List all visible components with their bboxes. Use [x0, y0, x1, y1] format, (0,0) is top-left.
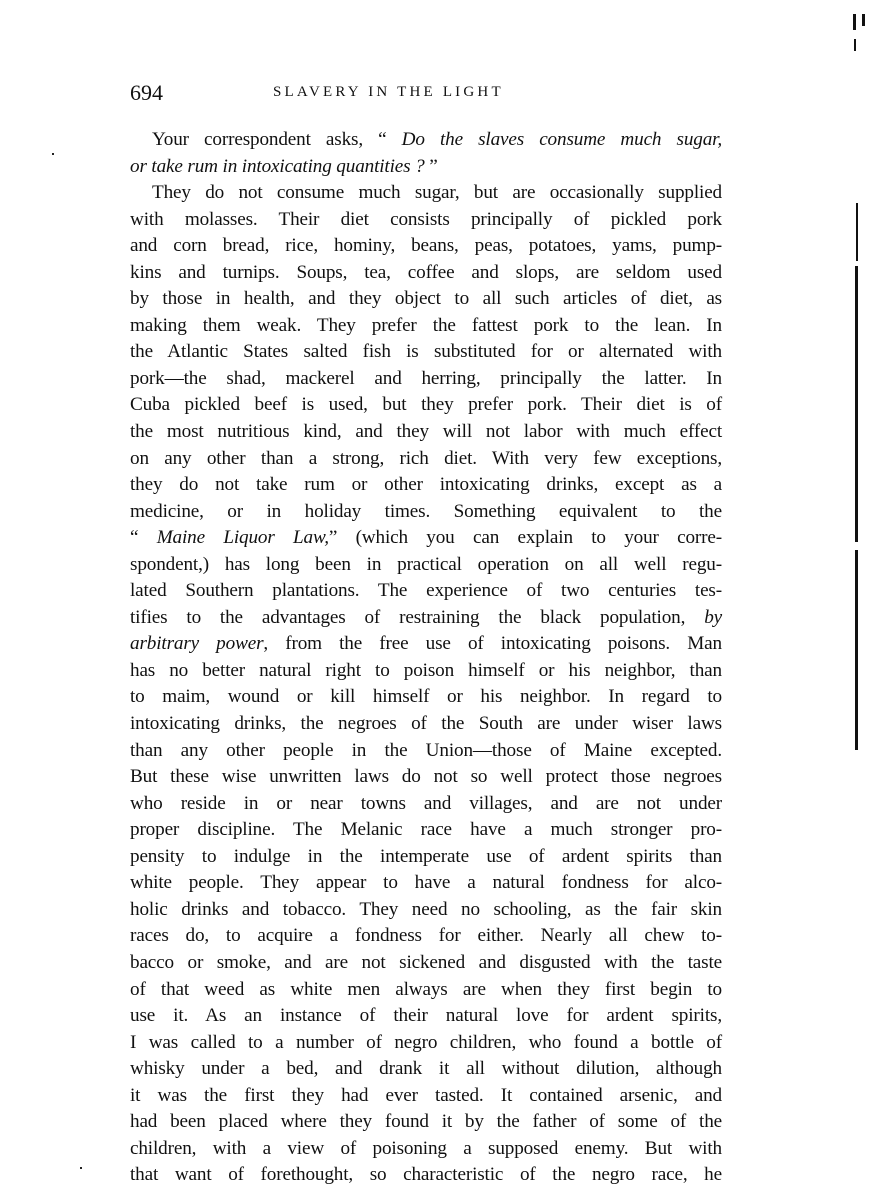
text-segment: proper discipline. The Melanic race have… — [130, 819, 722, 840]
text-line: pork—the shad, mackerel and herring, pri… — [130, 366, 722, 393]
text-segment: who reside in or near towns and villages… — [130, 793, 722, 814]
text-segment: holic drinks and tobacco. They need no s… — [130, 899, 722, 920]
text-line: the most nutritious kind, and they will … — [130, 419, 722, 446]
italic-text: Maine Liquor Law, — [157, 527, 329, 548]
text-line: has no better natural right to poison hi… — [130, 658, 722, 685]
text-segment: they do not take rum or other intoxicati… — [130, 474, 722, 495]
text-segment: on any other than a strong, rich diet. W… — [130, 448, 722, 469]
text-segment: I was called to a number of negro childr… — [130, 1032, 722, 1053]
text-segment: tifies to the advantages of restraining … — [130, 607, 704, 628]
text-segment: whisky under a bed, and drank it all wit… — [130, 1058, 722, 1079]
text-segment: had been placed where they found it by t… — [130, 1111, 722, 1132]
text-line: races do, to acquire a fondness for eith… — [130, 923, 722, 950]
text-segment: children, with a view of poisoning a sup… — [130, 1138, 722, 1159]
running-title: SLAVERY IN THE LIGHT — [273, 84, 504, 101]
text-line: on any other than a strong, rich diet. W… — [130, 446, 722, 473]
text-segment: with molasses. Their diet consists princ… — [130, 209, 722, 230]
text-line: of that weed as white men always are whe… — [130, 977, 722, 1004]
text-line: making them weak. They prefer the fattes… — [130, 313, 722, 340]
text-line: I was called to a number of negro childr… — [130, 1030, 722, 1057]
text-line: or take rum in intoxicating quantities ?… — [130, 154, 722, 181]
text-segment: the most nutritious kind, and they will … — [130, 421, 722, 442]
text-segment: intoxicating drinks, the negroes of the … — [130, 713, 722, 734]
text-line: spondent,) has long been in practical op… — [130, 552, 722, 579]
text-line: it was the first they had ever tasted. I… — [130, 1083, 722, 1110]
text-segment: of that weed as white men always are whe… — [130, 979, 722, 1000]
text-line: “ Maine Liquor Law,” (which you can expl… — [130, 525, 722, 552]
text-line: children, with a view of poisoning a sup… — [130, 1136, 722, 1163]
text-segment: ” — [425, 156, 438, 177]
page-header: 694 SLAVERY IN THE LIGHT — [130, 80, 730, 110]
text-segment: , from the free use of intoxicating pois… — [263, 633, 722, 654]
text-segment: medicine, or in holiday times. Something… — [130, 501, 722, 522]
text-line: medicine, or in holiday times. Something… — [130, 499, 722, 526]
text-line: had been placed where they found it by t… — [130, 1109, 722, 1136]
text-line: bacco or smoke, and are not sickened and… — [130, 950, 722, 977]
text-line: whisky under a bed, and drank it all wit… — [130, 1056, 722, 1083]
text-segment: pork—the shad, mackerel and herring, pri… — [130, 368, 722, 389]
text-line: proper discipline. The Melanic race have… — [130, 817, 722, 844]
text-segment: that want of forethought, so characteris… — [130, 1164, 722, 1185]
text-line: tifies to the advantages of restraining … — [130, 605, 722, 632]
page-number: 694 — [130, 80, 163, 106]
margin-mark — [862, 14, 865, 26]
text-line: holic drinks and tobacco. They need no s… — [130, 897, 722, 924]
italic-text: arbitrary power — [130, 633, 263, 654]
text-segment: by those in health, and they object to a… — [130, 288, 722, 309]
text-segment: lated Southern plantations. The experien… — [130, 580, 722, 601]
text-line: pensity to indulge in the intemperate us… — [130, 844, 722, 871]
italic-text: Do the slaves consume much sugar, — [402, 129, 722, 150]
text-segment: Cuba pickled beef is used, but they pref… — [130, 394, 722, 415]
text-line: They do not consume much sugar, but are … — [130, 180, 722, 207]
italic-text: or take rum in intoxicating quantities ? — [130, 156, 425, 177]
text-segment: spondent,) has long been in practical op… — [130, 554, 722, 575]
text-segment: ” (which you can explain to your corre- — [329, 527, 722, 548]
text-line: by those in health, and they object to a… — [130, 286, 722, 313]
text-segment: to maim, wound or kill himself or his ne… — [130, 686, 722, 707]
margin-mark — [855, 550, 858, 750]
text-line: arbitrary power, from the free use of in… — [130, 631, 722, 658]
text-line: and corn bread, rice, hominy, beans, pea… — [130, 233, 722, 260]
text-line: with molasses. Their diet consists princ… — [130, 207, 722, 234]
text-line: to maim, wound or kill himself or his ne… — [130, 684, 722, 711]
margin-mark — [854, 39, 856, 51]
text-segment: use it. As an instance of their natural … — [130, 1005, 722, 1026]
text-line: But these wise unwritten laws do not so … — [130, 764, 722, 791]
text-segment: has no better natural right to poison hi… — [130, 660, 722, 681]
body-text: Your correspondent asks, “ Do the slaves… — [130, 127, 722, 1189]
text-segment: bacco or smoke, and are not sickened and… — [130, 952, 722, 973]
text-line: kins and turnips. Soups, tea, coffee and… — [130, 260, 722, 287]
scan-speck — [80, 1167, 82, 1169]
text-segment: races do, to acquire a fondness for eith… — [130, 925, 722, 946]
text-line: intoxicating drinks, the negroes of the … — [130, 711, 722, 738]
text-segment: it was the first they had ever tasted. I… — [130, 1085, 722, 1106]
margin-mark — [856, 203, 858, 261]
text-line: use it. As an instance of their natural … — [130, 1003, 722, 1030]
text-line: Your correspondent asks, “ Do the slaves… — [130, 127, 722, 154]
text-line: who reside in or near towns and villages… — [130, 791, 722, 818]
margin-mark — [853, 14, 856, 30]
text-line: they do not take rum or other intoxicati… — [130, 472, 722, 499]
text-segment: But these wise unwritten laws do not so … — [130, 766, 722, 787]
text-line: than any other people in the Union—those… — [130, 738, 722, 765]
text-line: the Atlantic States salted fish is subst… — [130, 339, 722, 366]
text-line: lated Southern plantations. The experien… — [130, 578, 722, 605]
text-segment: and corn bread, rice, hominy, beans, pea… — [130, 235, 722, 256]
text-segment: “ — [130, 527, 157, 548]
scan-speck — [52, 153, 54, 155]
margin-mark — [855, 266, 858, 542]
text-segment: white people. They appear to have a natu… — [130, 872, 722, 893]
text-line: that want of forethought, so characteris… — [130, 1162, 722, 1189]
italic-text: by — [704, 607, 722, 628]
text-line: white people. They appear to have a natu… — [130, 870, 722, 897]
text-segment: Your correspondent asks, “ — [152, 129, 402, 150]
text-segment: making them weak. They prefer the fattes… — [130, 315, 722, 336]
text-line: Cuba pickled beef is used, but they pref… — [130, 392, 722, 419]
text-segment: pensity to indulge in the intemperate us… — [130, 846, 722, 867]
text-segment: kins and turnips. Soups, tea, coffee and… — [130, 262, 722, 283]
text-segment: than any other people in the Union—those… — [130, 740, 722, 761]
text-segment: the Atlantic States salted fish is subst… — [130, 341, 722, 362]
text-segment: They do not consume much sugar, but are … — [152, 182, 722, 203]
